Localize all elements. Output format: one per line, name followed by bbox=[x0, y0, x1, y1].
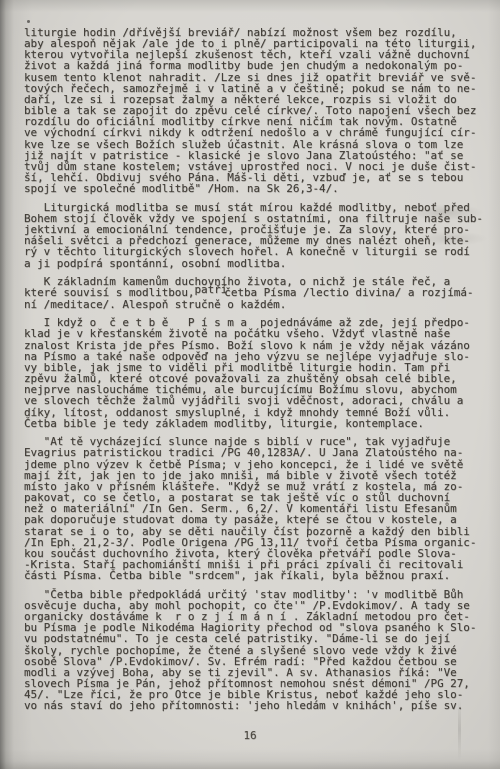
text-line: Evagrius patristickou tradici /PG 40,128… bbox=[24, 447, 490, 458]
scanned-book-page: liturgie hodin /dřívější breviář/ nabízí… bbox=[0, 0, 500, 769]
text-line: ní /meditace/. Alespoň stručně o každém. bbox=[24, 299, 490, 310]
paragraph: K základním kamenům duchovního života, o… bbox=[24, 276, 490, 309]
paragraph: "Ať tě vycházející slunce najde s biblí … bbox=[24, 436, 490, 581]
text-line: které souvisí s modlitbou,patříčetba Pís… bbox=[24, 287, 490, 298]
text-line: části Písma. Četba bible "srdcem", jak ř… bbox=[24, 570, 490, 581]
text-line: ve východní církvi nikdy k odtržení nedo… bbox=[24, 127, 490, 138]
text-line: ve slovech těchže žalmů vyjádřili svoji … bbox=[24, 395, 490, 406]
text-line: spojí ve společné modlitbě" /Hom. na Sk … bbox=[24, 183, 490, 194]
text-line: život a každá jiná forma modlitby bude j… bbox=[24, 60, 490, 71]
text-line: vo nás staví do jeho přítomnosti: 'jeho … bbox=[24, 700, 490, 711]
paragraph: "Četba bible předpokládá určitý 'stav mo… bbox=[24, 589, 490, 712]
paragraph: Liturgická modlitba se musí stát mírou k… bbox=[24, 202, 490, 269]
text-line: pak doporučuje studovat doma ty pasáže, … bbox=[24, 514, 490, 525]
text-line: vu podstatnému". To je cesta celé patris… bbox=[24, 633, 490, 644]
ink-speck-artifact bbox=[27, 20, 30, 23]
page-number: 16 bbox=[0, 729, 500, 742]
text-line: rý v těchto liturgických slovech hořel. … bbox=[24, 246, 490, 257]
paragraph: liturgie hodin /dřívější breviář/ nabízí… bbox=[24, 27, 490, 194]
inserted-word: patří bbox=[194, 284, 227, 295]
text-line: klad je v křesťanském životě na počátku … bbox=[24, 328, 490, 339]
paragraph: I když o č e t b ě P í s m a pojednáváme… bbox=[24, 317, 490, 429]
text-line: díky, lítost, oddanost smysluplné, i kdy… bbox=[24, 407, 490, 418]
text-line: a ji podpírá spontánní, osobní modlitba. bbox=[24, 258, 490, 269]
page-text: liturgie hodin /dřívější breviář/ nabízí… bbox=[24, 27, 490, 712]
text-line: Četba bible je tedy základem modlitby, l… bbox=[24, 418, 490, 429]
